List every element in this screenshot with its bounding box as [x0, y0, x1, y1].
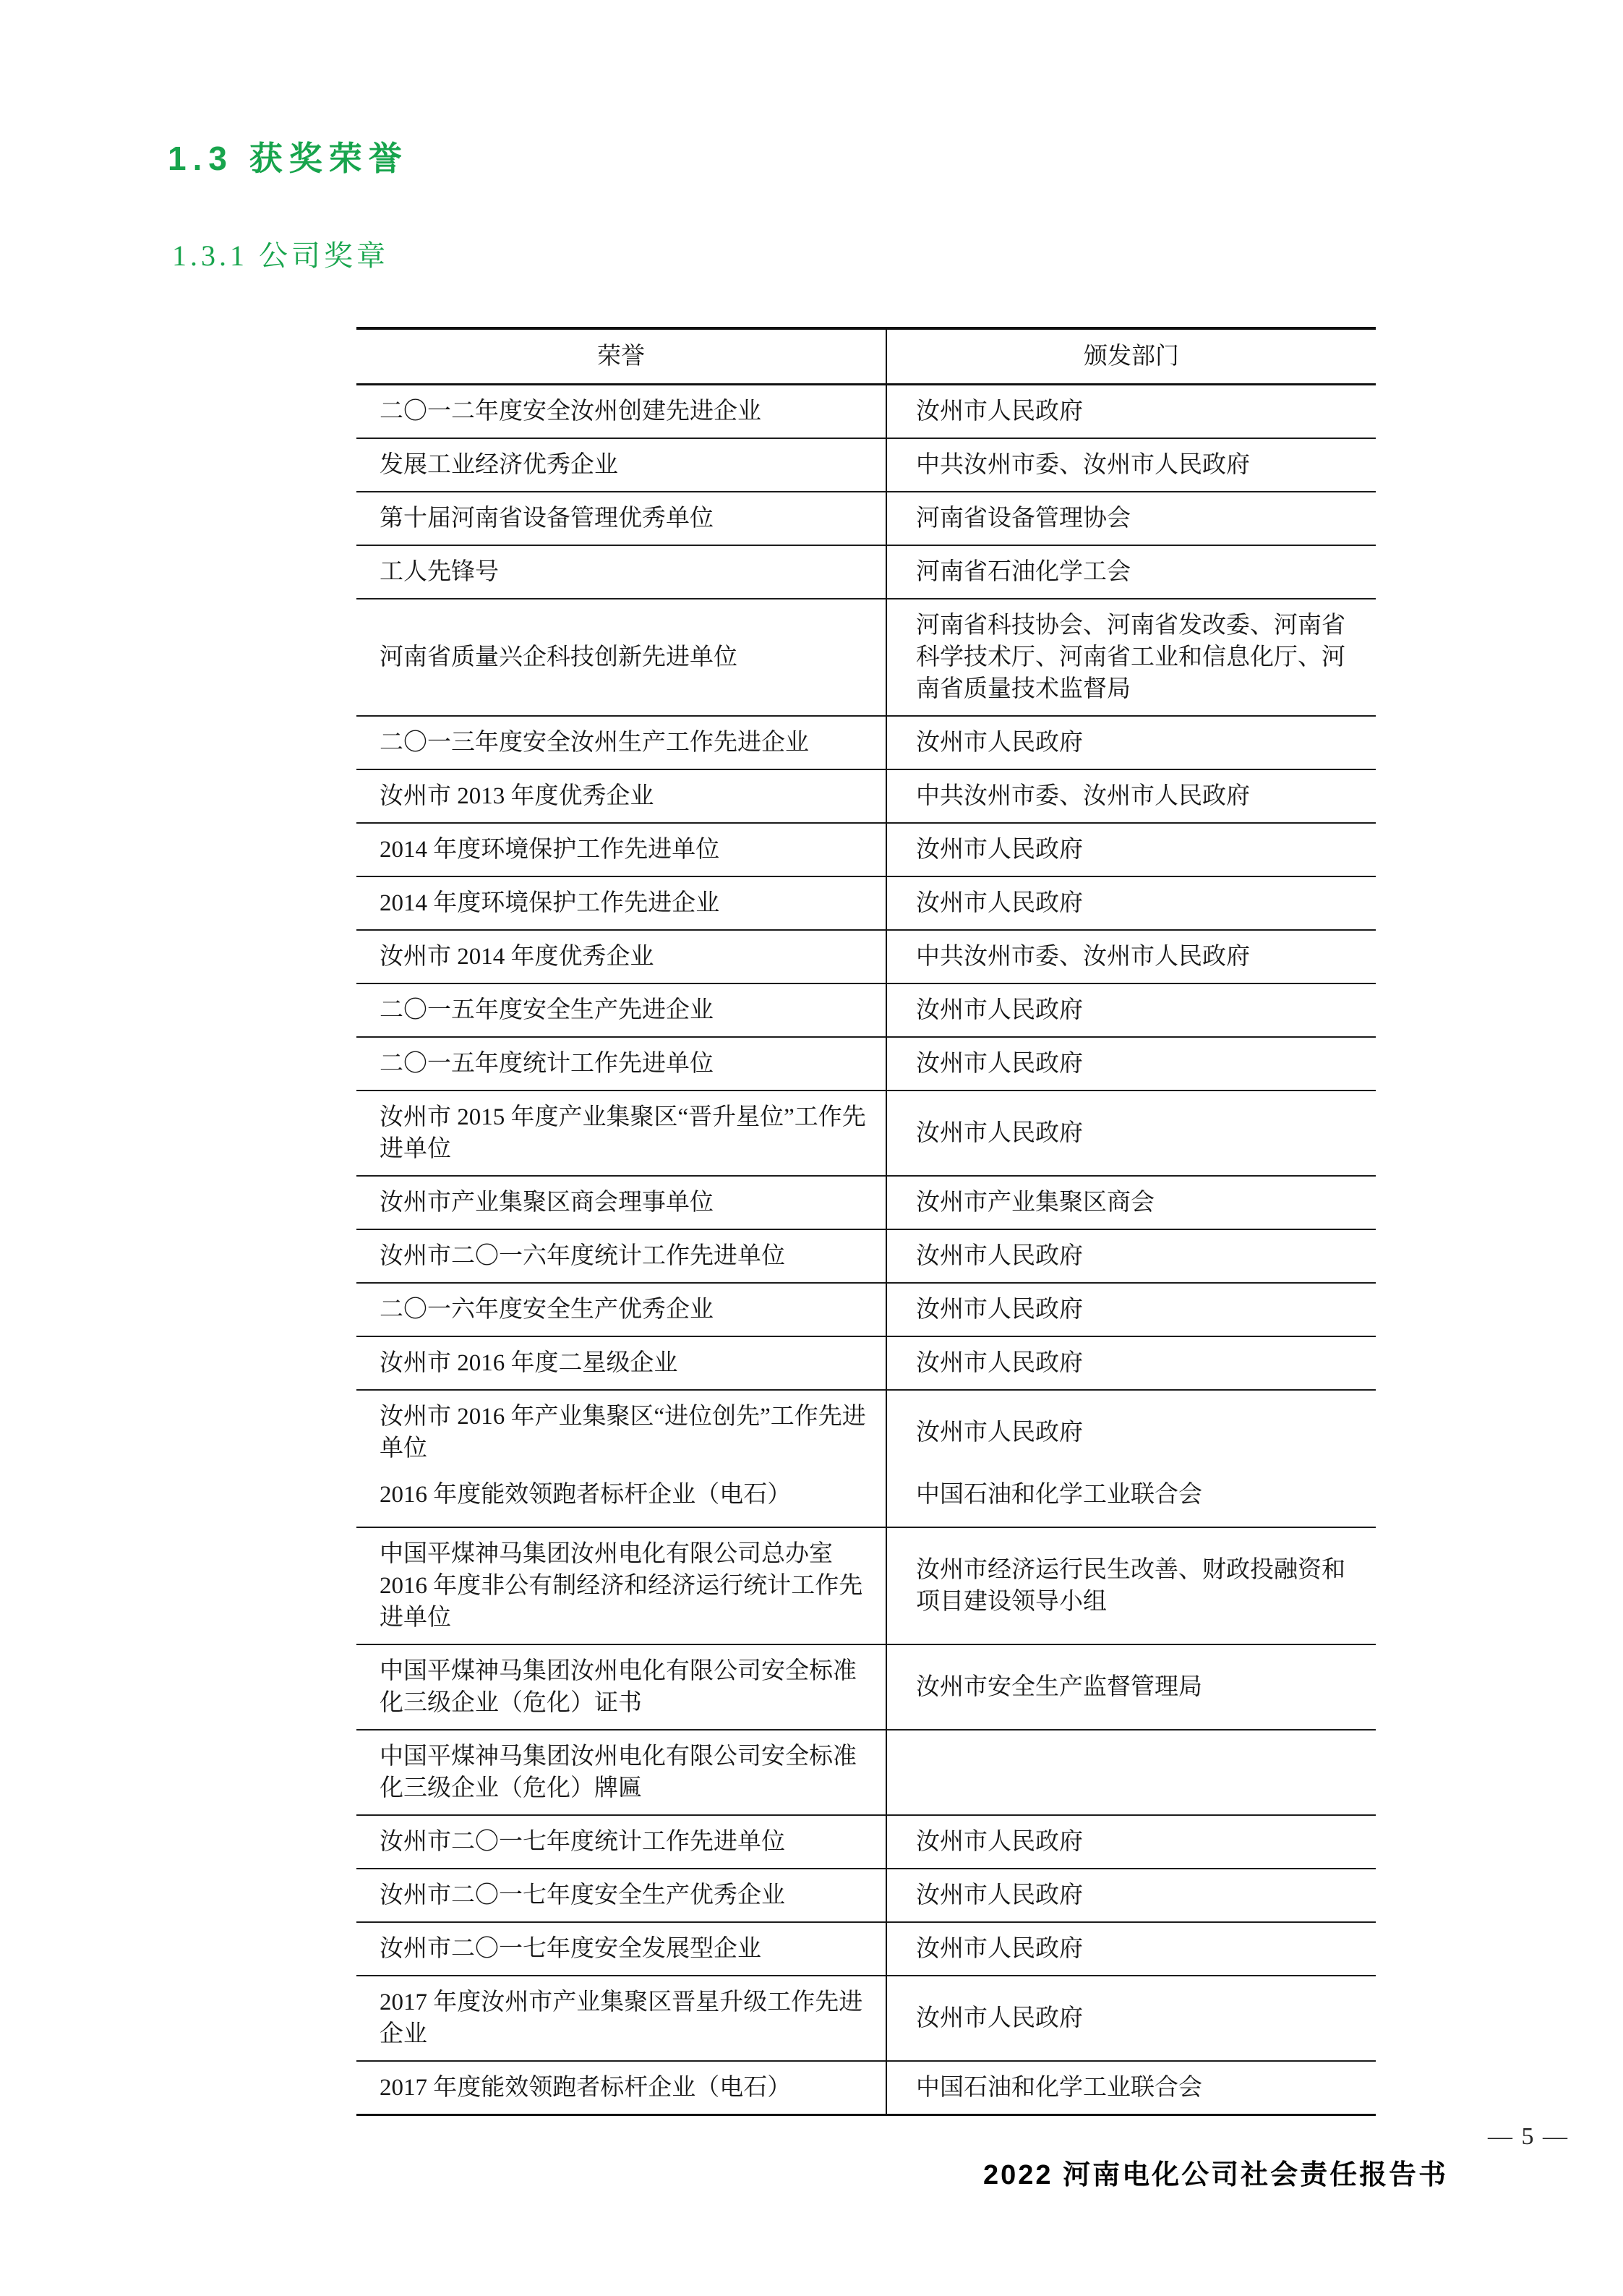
honor-cell: 二〇一五年度统计工作先进单位: [356, 1037, 886, 1091]
honor-cell: 2016 年度能效领跑者标杆企业（电石）: [356, 1475, 886, 1527]
issuer-cell: 中共汝州市委、汝州市人民政府: [886, 930, 1376, 983]
honor-cell: 发展工业经济优秀企业: [356, 438, 886, 492]
table-row: 二〇一五年度统计工作先进单位汝州市人民政府: [356, 1037, 1376, 1091]
honor-cell: 二〇一三年度安全汝州生产工作先进企业: [356, 716, 886, 769]
table-row: 汝州市 2013 年度优秀企业中共汝州市委、汝州市人民政府: [356, 769, 1376, 823]
issuer-cell: 中国石油和化学工业联合会: [886, 1475, 1376, 1527]
issuer-cell: 汝州市人民政府: [886, 716, 1376, 769]
issuer-cell: 汝州市人民政府: [886, 1336, 1376, 1390]
report-page: 1.3 获奖荣誉 1.3.1 公司奖章 荣誉 颁发部门 二〇一二年度安全汝州创建…: [0, 0, 1623, 2296]
honor-cell: 汝州市 2013 年度优秀企业: [356, 769, 886, 823]
table-row: 汝州市 2016 年产业集聚区“进位创先”工作先进单位汝州市人民政府: [356, 1390, 1376, 1475]
table-row: 二〇一六年度安全生产优秀企业汝州市人民政府: [356, 1283, 1376, 1336]
honor-cell: 汝州市 2016 年产业集聚区“进位创先”工作先进单位: [356, 1390, 886, 1475]
page-number: — 5 —: [1453, 2123, 1569, 2151]
table-row: 2016 年度能效领跑者标杆企业（电石）中国石油和化学工业联合会: [356, 1475, 1376, 1527]
issuer-cell: [886, 1730, 1376, 1815]
table-row: 汝州市 2015 年度产业集聚区“晋升星位”工作先进单位汝州市人民政府: [356, 1091, 1376, 1176]
table-row: 第十届河南省设备管理优秀单位河南省设备管理协会: [356, 492, 1376, 545]
honor-cell: 汝州市产业集聚区商会理事单位: [356, 1176, 886, 1229]
issuer-cell: 汝州市人民政府: [886, 983, 1376, 1037]
honor-cell: 中国平煤神马集团汝州电化有限公司总办室 2016 年度非公有制经济和经济运行统计…: [356, 1527, 886, 1644]
honor-cell: 工人先锋号: [356, 545, 886, 599]
table-body: 二〇一二年度安全汝州创建先进企业汝州市人民政府发展工业经济优秀企业中共汝州市委、…: [356, 385, 1376, 2115]
honor-cell: 第十届河南省设备管理优秀单位: [356, 492, 886, 545]
issuer-cell: 河南省石油化学工会: [886, 545, 1376, 599]
issuer-cell: 汝州市产业集聚区商会: [886, 1176, 1376, 1229]
table-row: 汝州市 2016 年度二星级企业汝州市人民政府: [356, 1336, 1376, 1390]
issuer-cell: 汝州市人民政府: [886, 1815, 1376, 1869]
table-row: 汝州市 2014 年度优秀企业中共汝州市委、汝州市人民政府: [356, 930, 1376, 983]
honor-cell: 中国平煤神马集团汝州电化有限公司安全标准化三级企业（危化）牌匾: [356, 1730, 886, 1815]
table-row: 河南省质量兴企科技创新先进单位河南省科技协会、河南省发改委、河南省科学技术厅、河…: [356, 599, 1376, 716]
table-row: 汝州市二〇一七年度安全生产优秀企业汝州市人民政府: [356, 1869, 1376, 1922]
table-row: 汝州市二〇一七年度统计工作先进单位汝州市人民政府: [356, 1815, 1376, 1869]
honor-cell: 河南省质量兴企科技创新先进单位: [356, 599, 886, 716]
issuer-cell: 中共汝州市委、汝州市人民政府: [886, 438, 1376, 492]
table-header: 荣誉 颁发部门: [356, 328, 1376, 385]
section-title: 1.3 获奖荣誉: [168, 132, 408, 180]
issuer-cell: 汝州市经济运行民生改善、财政投融资和项目建设领导小组: [886, 1527, 1376, 1644]
table-row: 汝州市二〇一七年度安全发展型企业汝州市人民政府: [356, 1922, 1376, 1976]
table-row: 二〇一二年度安全汝州创建先进企业汝州市人民政府: [356, 385, 1376, 439]
honor-cell: 汝州市二〇一六年度统计工作先进单位: [356, 1229, 886, 1283]
table-row: 二〇一三年度安全汝州生产工作先进企业汝州市人民政府: [356, 716, 1376, 769]
table-row: 汝州市产业集聚区商会理事单位汝州市产业集聚区商会: [356, 1176, 1376, 1229]
table-row: 2014 年度环境保护工作先进单位汝州市人民政府: [356, 823, 1376, 876]
honor-cell: 2014 年度环境保护工作先进单位: [356, 823, 886, 876]
honor-cell: 二〇一五年度安全生产先进企业: [356, 983, 886, 1037]
honor-cell: 2014 年度环境保护工作先进企业: [356, 876, 886, 930]
honor-cell: 汝州市二〇一七年度安全发展型企业: [356, 1922, 886, 1976]
issuer-cell: 汝州市人民政府: [886, 1869, 1376, 1922]
table-header-row: 荣誉 颁发部门: [356, 328, 1376, 385]
footer-report-title: 2022 河南电化公司社会责任报告书: [983, 2152, 1448, 2192]
honor-cell: 汝州市二〇一七年度统计工作先进单位: [356, 1815, 886, 1869]
issuer-cell: 汝州市人民政府: [886, 1283, 1376, 1336]
issuer-cell: 汝州市人民政府: [886, 1091, 1376, 1176]
honor-cell: 二〇一二年度安全汝州创建先进企业: [356, 385, 886, 439]
table-row: 二〇一五年度安全生产先进企业汝州市人民政府: [356, 983, 1376, 1037]
subsection-title: 1.3.1 公司奖章: [172, 233, 389, 274]
issuer-cell: 汝州市人民政府: [886, 876, 1376, 930]
table-row: 中国平煤神马集团汝州电化有限公司安全标准化三级企业（危化）证书汝州市安全生产监督…: [356, 1644, 1376, 1730]
issuer-cell: 汝州市人民政府: [886, 1976, 1376, 2061]
issuer-cell: 汝州市安全生产监督管理局: [886, 1644, 1376, 1730]
issuer-cell: 汝州市人民政府: [886, 1922, 1376, 1976]
table-row: 2017 年度汝州市产业集聚区晋星升级工作先进企业汝州市人民政府: [356, 1976, 1376, 2061]
issuer-cell: 中共汝州市委、汝州市人民政府: [886, 769, 1376, 823]
issuer-cell: 河南省设备管理协会: [886, 492, 1376, 545]
table-row: 汝州市二〇一六年度统计工作先进单位汝州市人民政府: [356, 1229, 1376, 1283]
honor-cell: 汝州市 2014 年度优秀企业: [356, 930, 886, 983]
issuer-cell: 汝州市人民政府: [886, 1390, 1376, 1475]
table-row: 工人先锋号河南省石油化学工会: [356, 545, 1376, 599]
issuer-cell: 汝州市人民政府: [886, 1037, 1376, 1091]
honor-cell: 汝州市二〇一七年度安全生产优秀企业: [356, 1869, 886, 1922]
issuer-cell: 河南省科技协会、河南省发改委、河南省科学技术厅、河南省工业和信息化厅、河南省质量…: [886, 599, 1376, 716]
issuer-cell: 中国石油和化学工业联合会: [886, 2061, 1376, 2115]
honor-cell: 二〇一六年度安全生产优秀企业: [356, 1283, 886, 1336]
issuer-cell: 汝州市人民政府: [886, 385, 1376, 439]
table-row: 中国平煤神马集团汝州电化有限公司安全标准化三级企业（危化）牌匾: [356, 1730, 1376, 1815]
table-row: 2017 年度能效领跑者标杆企业（电石）中国石油和化学工业联合会: [356, 2061, 1376, 2115]
column-header-honor: 荣誉: [356, 328, 886, 385]
table-row: 发展工业经济优秀企业中共汝州市委、汝州市人民政府: [356, 438, 1376, 492]
issuer-cell: 汝州市人民政府: [886, 823, 1376, 876]
issuer-cell: 汝州市人民政府: [886, 1229, 1376, 1283]
table-row: 2014 年度环境保护工作先进企业汝州市人民政府: [356, 876, 1376, 930]
table-row: 中国平煤神马集团汝州电化有限公司总办室 2016 年度非公有制经济和经济运行统计…: [356, 1527, 1376, 1644]
company-awards-table: 荣誉 颁发部门 二〇一二年度安全汝州创建先进企业汝州市人民政府发展工业经济优秀企…: [356, 327, 1376, 2116]
honor-cell: 2017 年度汝州市产业集聚区晋星升级工作先进企业: [356, 1976, 886, 2061]
honor-cell: 2017 年度能效领跑者标杆企业（电石）: [356, 2061, 886, 2115]
honor-cell: 汝州市 2016 年度二星级企业: [356, 1336, 886, 1390]
column-header-issuer: 颁发部门: [886, 328, 1376, 385]
honor-cell: 中国平煤神马集团汝州电化有限公司安全标准化三级企业（危化）证书: [356, 1644, 886, 1730]
honor-cell: 汝州市 2015 年度产业集聚区“晋升星位”工作先进单位: [356, 1091, 886, 1176]
